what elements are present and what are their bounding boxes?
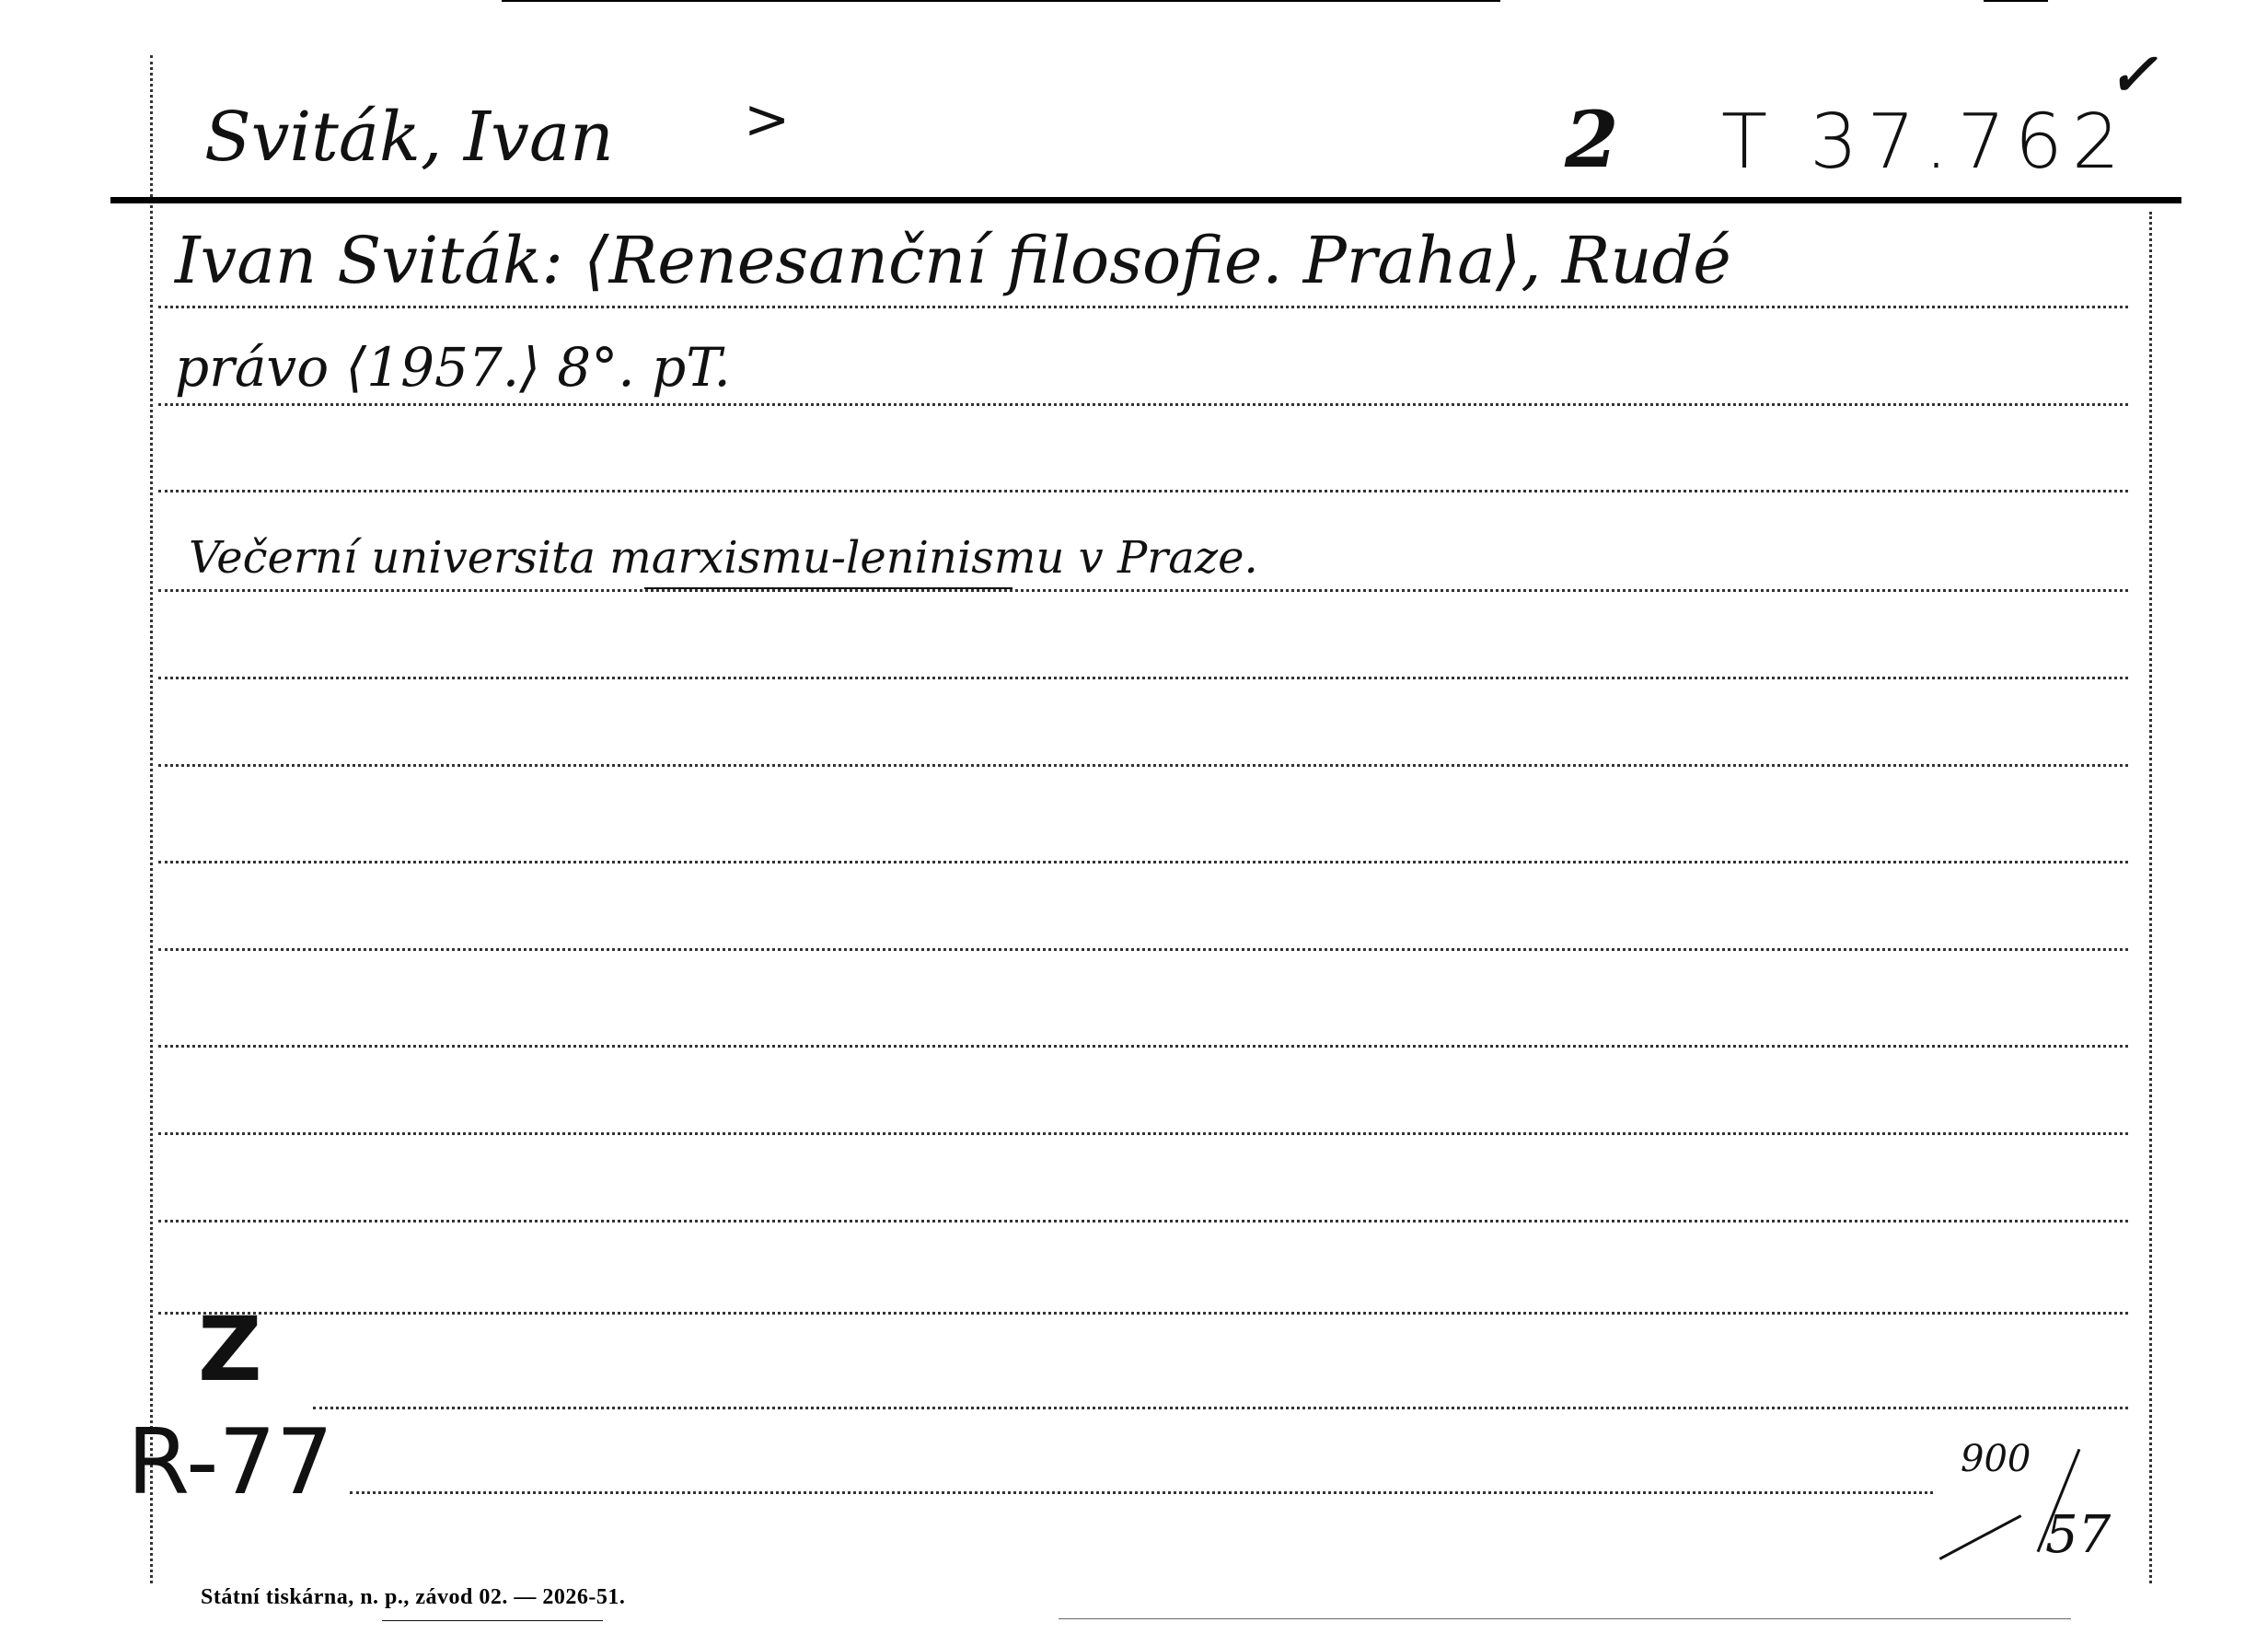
author-bracket: > [744, 92, 790, 147]
heading-rule [110, 197, 2181, 203]
dotted-rule [158, 764, 2128, 767]
fraction-bottom: 57 [2045, 1510, 2111, 1561]
fraction-top: 900 [1961, 1441, 2031, 1478]
stamp-r77: R-77 [127, 1418, 333, 1508]
dotted-rule [350, 1491, 1933, 1494]
series-note: Večerní universita marxismu-leninismu v … [189, 536, 1258, 580]
bottom-edge-line [1059, 1618, 2071, 1619]
bottom-edge-line [382, 1620, 603, 1621]
tick-mark [1939, 1514, 2022, 1560]
dotted-rule [158, 306, 2128, 308]
dotted-rule [158, 677, 2128, 679]
dotted-rule [158, 1312, 2128, 1315]
left-margin-rule [150, 55, 153, 1583]
dotted-rule [158, 490, 2128, 493]
entry-line-2: právo ⟨1957.⟩ 8°. pT. [175, 341, 731, 394]
top-edge-line [1984, 0, 2048, 2]
copies-count: 2 [1565, 101, 1618, 179]
right-margin-rule [2149, 212, 2152, 1583]
dotted-rule [158, 1132, 2128, 1135]
dotted-rule [158, 1220, 2128, 1223]
dotted-rule [158, 1045, 2128, 1048]
printer-imprint: Státní tiskárna, n. p., závod 02. — 2026… [201, 1585, 625, 1610]
dotted-rule [158, 861, 2128, 863]
dotted-rule [158, 589, 2128, 592]
stamp-z: Z [198, 1305, 262, 1394]
author-heading: Sviták, Ivan [204, 103, 614, 171]
entry-line-1: Ivan Sviták: ⟨Renesanční filosofie. Prah… [175, 228, 1731, 293]
top-edge-line [502, 0, 1500, 2]
shelf-mark: T 37.762 [1721, 105, 2129, 180]
dotted-rule [158, 403, 2128, 406]
check-mark-icon: ✓ [2108, 46, 2158, 105]
catalog-card: Sviták, Ivan > 2 T 37.762 ✓ Ivan Sviták:… [0, 0, 2268, 1634]
dotted-rule [158, 948, 2128, 951]
dotted-rule [313, 1407, 2128, 1409]
